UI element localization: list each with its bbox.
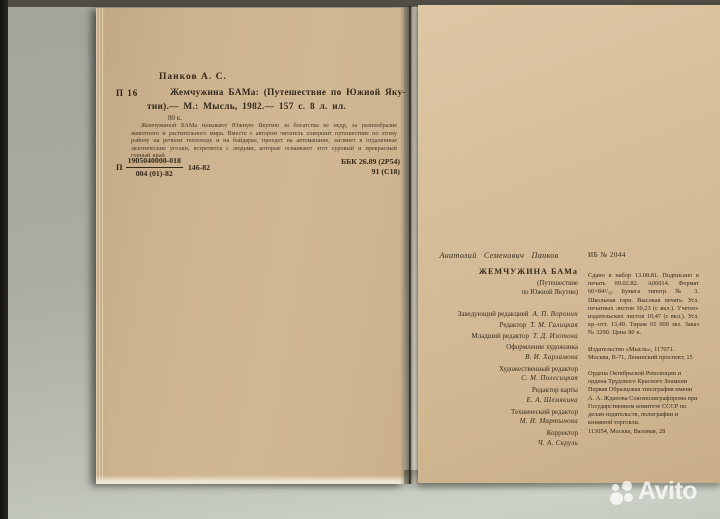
staff-role: Художественный редактор bbox=[499, 365, 578, 373]
printer-paragraph: Ордена Октябрьской Революции и ордена Тр… bbox=[588, 370, 699, 427]
bbk-line-2: 91 (С18) bbox=[341, 167, 400, 177]
catalog-numerator: 1905040000-018 bbox=[126, 156, 183, 168]
book-gutter-fold bbox=[400, 6, 420, 484]
catalog-suffix: 146-82 bbox=[188, 163, 210, 172]
staff-name: Т. Д. Изотова bbox=[533, 332, 578, 340]
avito-logo-dot-icon bbox=[622, 481, 632, 491]
staff-name: А. П. Воронин bbox=[533, 310, 578, 318]
ib-number: ИБ № 2044 bbox=[588, 251, 699, 259]
staff-row: РедакторТ. М. Галицкая bbox=[420, 321, 578, 331]
staff-name: Т. М. Галицкая bbox=[530, 321, 578, 329]
staff-role: Корректор bbox=[547, 429, 578, 437]
catalog-fraction: П 1905040000-018 004 (01)-82 146-82 bbox=[116, 156, 210, 178]
catalog-numbers-block: П 1905040000-018 004 (01)-82 146-82 ББК … bbox=[116, 156, 400, 190]
citation-line-2: тии).— М.: Мысль, 1982.— 157 с. 8 л. ил. bbox=[147, 102, 346, 112]
staff-name: С. М. Полесицкая bbox=[420, 374, 578, 384]
printer-address: 113054, Москва, Валовая, 28 bbox=[588, 428, 699, 436]
staff-role: Заведующий редакцией bbox=[458, 310, 529, 318]
staff-row: Художественный редакторС. М. Полесицкая bbox=[420, 365, 578, 384]
staff-row: Оформление художникаВ. И. Харламова bbox=[420, 343, 578, 362]
staff-name: Ч. А. Скруль bbox=[420, 439, 578, 449]
colophon-right-column: ИБ № 2044 Сдано в набор 13.08.81. Подпис… bbox=[588, 251, 699, 437]
avito-watermark-label: Avito bbox=[638, 477, 697, 506]
catalog-prefix: П bbox=[116, 162, 123, 172]
colophon-left-column: Анатолий Семенович Панков ЖЕМЧУЖИНА БАМа… bbox=[420, 251, 578, 451]
book-title: ЖЕМЧУЖИНА БАМа bbox=[420, 267, 578, 276]
staff-row: Заведующий редакциейА. П. Воронин bbox=[420, 310, 578, 320]
bbk-line-1: ББК 26.89 (2Р54) bbox=[341, 157, 400, 167]
staff-row: Технический редакторМ. И. Мартынова bbox=[420, 408, 578, 427]
author-full-name: Анатолий Семенович Панков bbox=[420, 251, 578, 260]
avito-logo-dot-icon bbox=[610, 492, 623, 505]
staff-role: Редактор карты bbox=[532, 386, 578, 394]
staff-name: М. И. Мартынова bbox=[420, 417, 578, 427]
staff-name: В. И. Харламова bbox=[420, 353, 578, 363]
open-book: Панков А. С. П 16 Жемчужина БАМа: (Путеш… bbox=[92, 5, 720, 487]
editorial-staff-list: Заведующий редакциейА. П. Воронин Редакт… bbox=[420, 310, 578, 448]
staff-role: Младший редактор bbox=[471, 332, 528, 340]
book-photo: Панков А. С. П 16 Жемчужина БАМа: (Путеш… bbox=[0, 0, 720, 519]
avito-logo-dot-icon bbox=[612, 484, 619, 491]
staff-row: КорректорЧ. А. Скруль bbox=[420, 429, 578, 448]
publisher-line-2: Москва, В-71, Ленинский проспект, 15 bbox=[588, 354, 699, 362]
staff-row: Младший редакторТ. Д. Изотова bbox=[420, 332, 578, 342]
publisher-block: Издательство «Мысль», 117071. Москва, В-… bbox=[588, 346, 699, 362]
price-label: 80 к. bbox=[168, 114, 182, 122]
bbk-classification: ББК 26.89 (2Р54) 91 (С18) bbox=[341, 157, 400, 177]
annotation-paragraph: Жемчужиной БАМа называют Южную Якутию за… bbox=[131, 122, 397, 160]
subtitle-line-2: по Южной Якутии) bbox=[420, 288, 578, 297]
left-page: Панков А. С. П 16 Жемчужина БАМа: (Путеш… bbox=[96, 8, 404, 484]
staff-role: Оформление художника bbox=[506, 343, 578, 351]
publisher-line-1: Издательство «Мысль», 117071. bbox=[588, 346, 699, 354]
catalog-denominator: 004 (01)-82 bbox=[126, 168, 183, 179]
author-header: Панков А. С. bbox=[159, 72, 227, 82]
staff-row: Редактор картыЕ. А. Шемякина bbox=[420, 386, 578, 405]
subtitle-line-1: (Путешествие bbox=[420, 279, 578, 288]
avito-logo-dot-icon bbox=[624, 493, 633, 502]
staff-role: Редактор bbox=[500, 321, 527, 329]
background-left-edge bbox=[0, 0, 8, 519]
citation-line-1: Жемчужина БАМа: (Путешествие по Южной Як… bbox=[170, 88, 406, 98]
imprint-paragraph: Сдано в набор 13.08.81. Подписано в печа… bbox=[588, 272, 699, 338]
catalog-index-code: П 16 bbox=[116, 88, 138, 98]
staff-name: Е. А. Шемякина bbox=[420, 396, 578, 406]
staff-role: Технический редактор bbox=[511, 408, 578, 416]
avito-watermark: Avito bbox=[608, 478, 716, 512]
